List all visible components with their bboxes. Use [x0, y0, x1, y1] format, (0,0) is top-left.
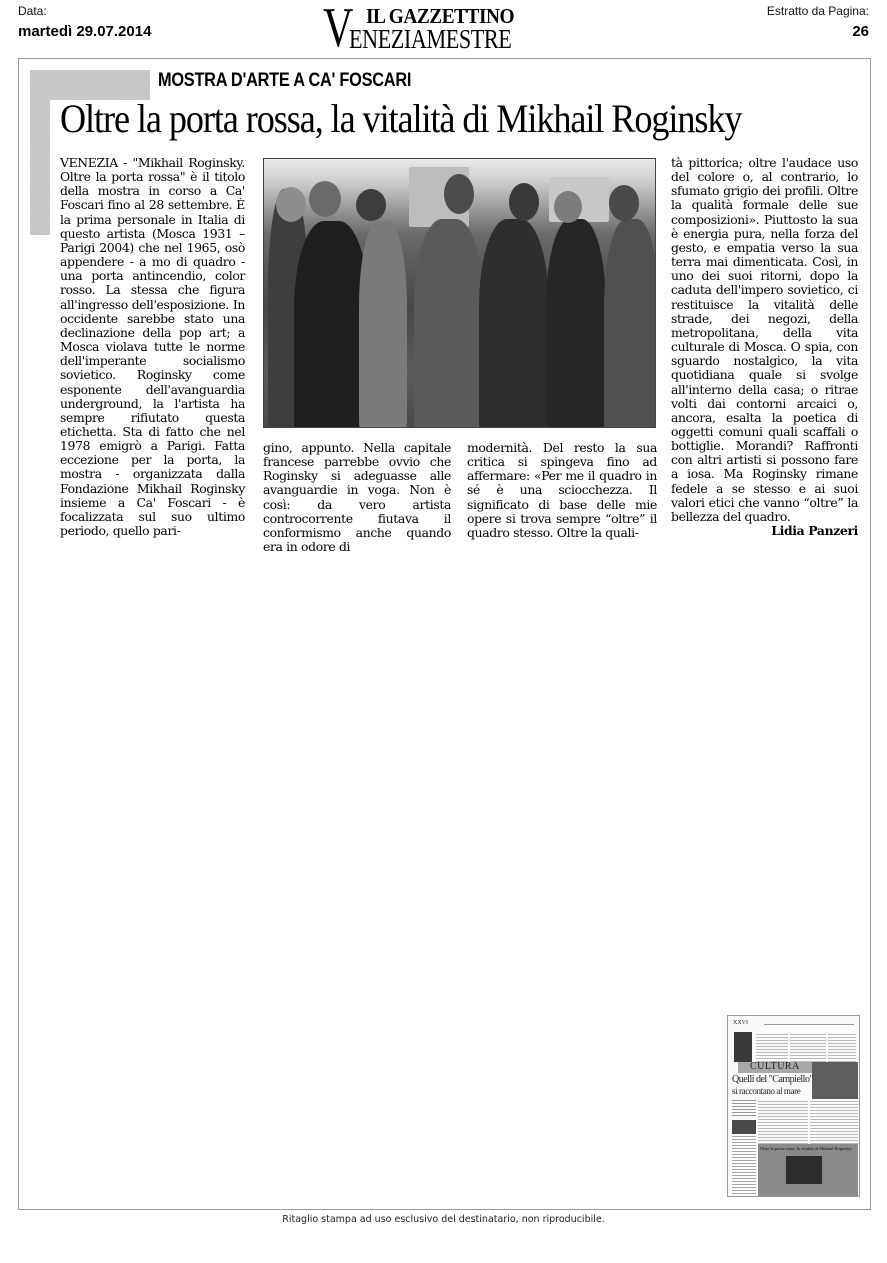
article-byline: Lidia Panzeri — [671, 524, 858, 538]
page-block: Estratto da Pagina: 26 — [767, 4, 869, 40]
article-headline: Oltre la porta rossa, la vitalità di Mik… — [60, 95, 741, 143]
column-1-text: VENEZIA - "Mikhail Roginsky. Oltre la po… — [60, 156, 245, 538]
thumbnail-highlighted-headline: Oltre la porta rossa, la vitalità di Mik… — [760, 1146, 852, 1151]
article-column-2: gino, appunto. Nella capitale francese p… — [263, 441, 451, 554]
thumbnail-page-number: XXVI — [733, 1020, 748, 1026]
article-column-1: VENEZIA - "Mikhail Roginsky. Oltre la po… — [60, 156, 245, 538]
column-3-text: modernità. Del resto la sua critica si s… — [467, 441, 657, 540]
column-4-text: tà pittorica; oltre l'audace uso del col… — [671, 156, 858, 524]
date-block: Data: martedì 29.07.2014 — [18, 4, 151, 40]
thumbnail-headline-1: Quelli del "Campiello" — [732, 1074, 813, 1085]
footer-disclaimer: Ritaglio stampa ad uso esclusivo del des… — [0, 1214, 887, 1225]
date-value: martedì 29.07.2014 — [18, 23, 151, 40]
article-kicker: MOSTRA D'ARTE A CA' FOSCARI — [158, 70, 411, 92]
page-label: Estratto da Pagina: — [767, 4, 869, 18]
page-number: 26 — [767, 23, 869, 40]
column-2-text: gino, appunto. Nella capitale francese p… — [263, 441, 451, 554]
article-column-4: tà pittorica; oltre l'audace uso del col… — [671, 156, 858, 538]
newspaper-masthead: V IL GAZZETTINO ENEZIAMESTRE — [323, 2, 573, 54]
page-thumbnail: XXVI CULTURA Quelli del "Campiello" si r… — [727, 1015, 860, 1197]
masthead-edition: ENEZIAMESTRE — [349, 24, 511, 55]
date-label: Data: — [18, 4, 151, 18]
article-photo — [263, 158, 656, 428]
thumbnail-headline-2: si raccontano al mare — [732, 1086, 800, 1096]
article-column-3: modernità. Del resto la sua critica si s… — [467, 441, 657, 540]
decorative-bar-left — [30, 70, 50, 235]
thumbnail-section: CULTURA — [750, 1061, 800, 1072]
